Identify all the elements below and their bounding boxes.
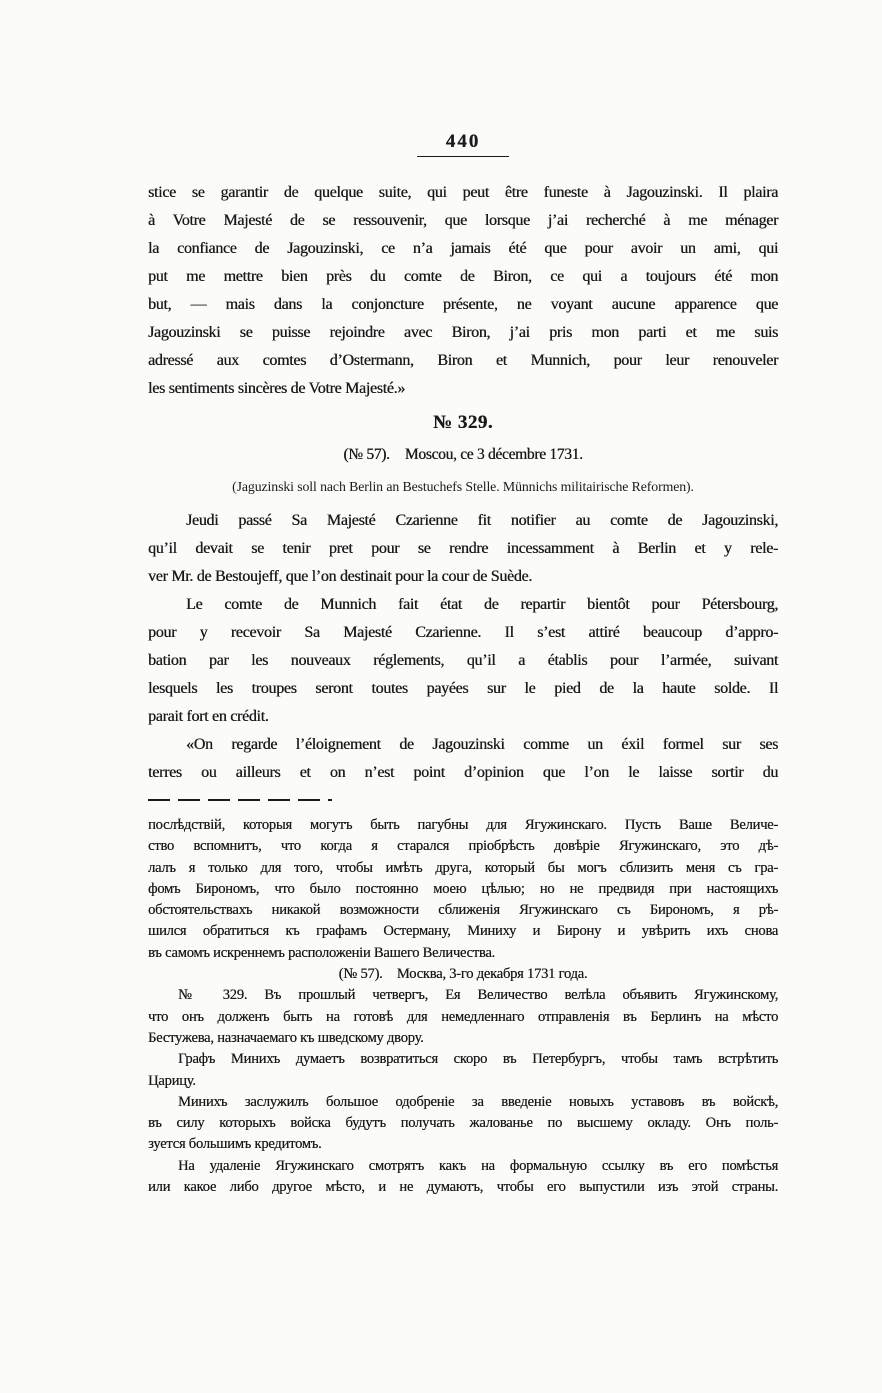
- paragraph: послѣдствій, которыя могутъ быть пагубны…: [148, 815, 778, 964]
- text-line: лалъ я только для того, чтобы имѣть друг…: [148, 858, 778, 879]
- text-line: la confiance de Jagouzinski, ce n’a jama…: [148, 235, 778, 263]
- text-line: adressé aux comtes d’Ostermann, Biron et…: [148, 347, 778, 375]
- text-line: На удаленіе Ягужинскаго смотрятъ какъ на…: [148, 1156, 778, 1177]
- text-line: ство вспомнитъ, что когда я старался прі…: [148, 836, 778, 857]
- text-line: Царицу.: [148, 1071, 778, 1092]
- text-line: въ самомъ искреннемъ расположеніи Вашего…: [148, 943, 778, 964]
- text-line: lesquels les troupes seront toutes payée…: [148, 675, 778, 703]
- paragraph: На удаленіе Ягужинскаго смотрятъ какъ на…: [148, 1156, 778, 1199]
- page-number: 440: [148, 131, 778, 153]
- text-line: but, — mais dans la conjoncture présente…: [148, 291, 778, 319]
- text-line: № 329. Въ прошлый четвергъ, Ея Величеств…: [148, 985, 778, 1006]
- text-line: qu’il devait se tenir pret pour se rendr…: [148, 535, 778, 563]
- text-line: terres ou ailleurs et on n’est point d’o…: [148, 759, 778, 787]
- text-line: ver Mr. de Bestoujeff, que l’on destinai…: [148, 563, 778, 591]
- text-line: les sentiments sincères de Votre Majesté…: [148, 375, 778, 403]
- book-page: 440 stice se garantir de quelque suite, …: [0, 0, 882, 1393]
- text-line: послѣдствій, которыя могутъ быть пагубны…: [148, 815, 778, 836]
- paragraph: № 329. Въ прошлый четвергъ, Ея Величеств…: [148, 985, 778, 1049]
- paragraph: stice se garantir de quelque suite, qui …: [148, 179, 778, 403]
- text-line: Jagouzinski se puisse rejoindre avec Bir…: [148, 319, 778, 347]
- language-note: (Jaguzinski soll nach Berlin an Bestuche…: [148, 473, 778, 501]
- text-line: Бестужева, назначаемаго къ шведскому дво…: [148, 1028, 778, 1049]
- footnote-text: послѣдствій, которыя могутъ быть пагубны…: [148, 815, 778, 1198]
- section-heading: № 329.: [148, 409, 778, 437]
- text-line: bation par les nouveaux réglements, qu’i…: [148, 647, 778, 675]
- text-line: Jeudi passé Sa Majesté Czarienne fit not…: [148, 507, 778, 535]
- paragraph: Le comte de Munnich fait état de reparti…: [148, 591, 778, 731]
- footnote-separator: [148, 799, 332, 801]
- paragraph: Графъ Минихъ думаетъ возвратиться скоро …: [148, 1049, 778, 1092]
- text-line: pour y recevoir Sa Majesté Czarienne. Il…: [148, 619, 778, 647]
- text-line: въ силу которыхъ войска будутъ получать …: [148, 1113, 778, 1134]
- text-line: или какое либо другое мѣсто, и не думают…: [148, 1177, 778, 1198]
- text-line: «On regarde l’éloignement de Jagouzinski…: [148, 731, 778, 759]
- text-line: parait fort en crédit.: [148, 703, 778, 731]
- text-line: Минихъ заслужилъ большое одобреніе за вв…: [148, 1092, 778, 1113]
- text-line: шился обратиться къ графамъ Остерману, М…: [148, 921, 778, 942]
- dateline: (№ 57). Moscou, ce 3 décembre 1731.: [148, 441, 778, 469]
- paragraph: «On regarde l’éloignement de Jagouzinski…: [148, 731, 778, 787]
- text-line: put me mettre bien près du comte de Biro…: [148, 263, 778, 291]
- text-line: зуется большимъ кредитомъ.: [148, 1134, 778, 1155]
- page-header: 440: [148, 131, 778, 157]
- main-text: stice se garantir de quelque suite, qui …: [148, 179, 778, 787]
- paragraph: Jeudi passé Sa Majesté Czarienne fit not…: [148, 507, 778, 591]
- text-line: фомъ Бирономъ, что было постоянно моею ц…: [148, 879, 778, 900]
- text-line: Le comte de Munnich fait état de reparti…: [148, 591, 778, 619]
- dateline: (№ 57). Москва, 3-го декабря 1731 года.: [148, 964, 778, 985]
- text-line: Графъ Минихъ думаетъ возвратиться скоро …: [148, 1049, 778, 1070]
- paragraph: Минихъ заслужилъ большое одобреніе за вв…: [148, 1092, 778, 1156]
- text-column: stice se garantir de quelque suite, qui …: [148, 179, 778, 1198]
- page-number-rule: [417, 156, 509, 157]
- text-line: à Votre Majesté de se ressouvenir, que l…: [148, 207, 778, 235]
- text-line: stice se garantir de quelque suite, qui …: [148, 179, 778, 207]
- text-line: обстоятельствахъ никакой возможности сбл…: [148, 900, 778, 921]
- text-line: что онъ долженъ быть на готовѣ для немед…: [148, 1007, 778, 1028]
